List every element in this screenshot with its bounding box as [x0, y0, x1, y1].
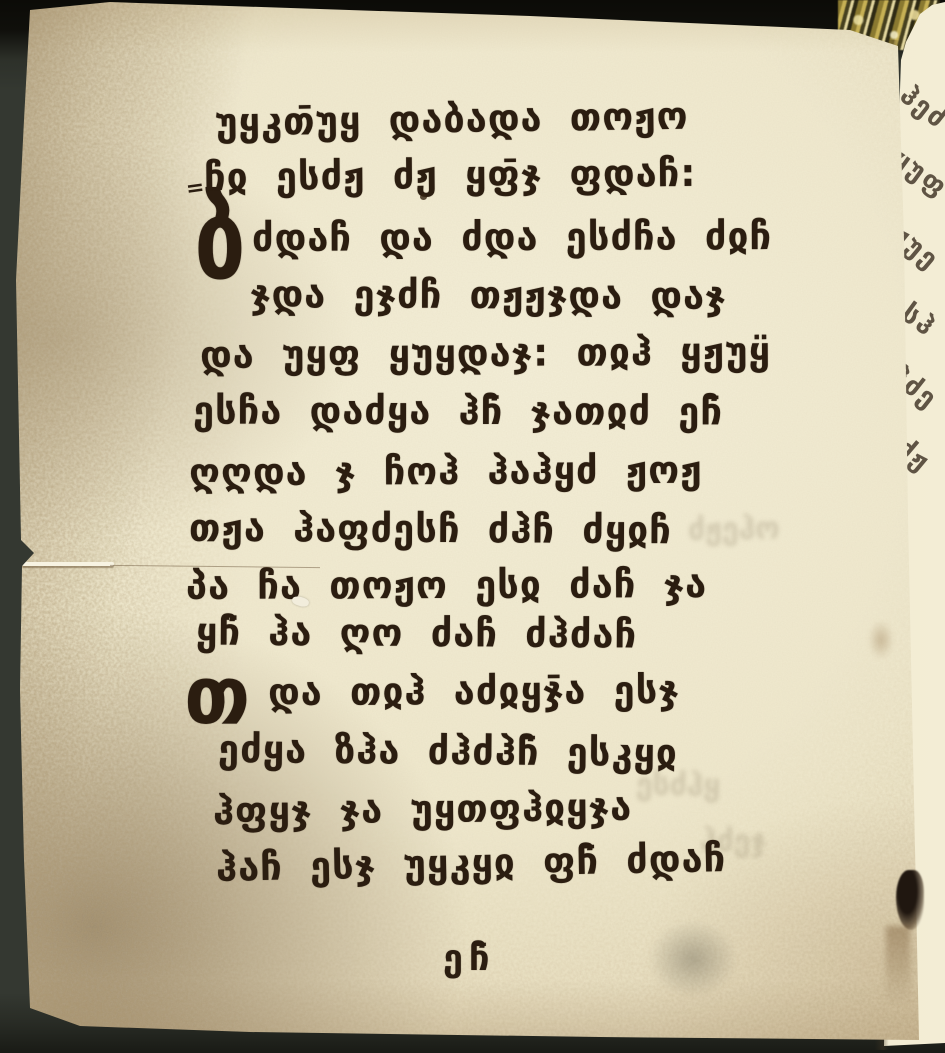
- quire-signature: ეჩ̄: [443, 938, 495, 979]
- manuscript-photo: ჰეძ ყუფ ჟუე ესჰ ჰძე ძჟ: [0, 0, 945, 1053]
- large-initial-letter: ბ: [194, 192, 246, 291]
- smudge-stain: [648, 920, 738, 998]
- text-line: ჩჲ ესძჟ ძჟ ყფ̄ჯ ფდაჩ:: [204, 154, 697, 196]
- text-line: ჯდა ეჯძჩ თჟჟჯდა დაჯ: [250, 275, 727, 315]
- text-line: და უყფ ყუყდაჯ: თჲჰ ყჟუყ̈: [200, 332, 771, 374]
- text-line: ღღდა ჯ ჩოჰ ჰაჰყძ ჟოჟ: [189, 451, 703, 492]
- ink-spot: [420, 194, 427, 200]
- scratch-mark: [22, 562, 114, 566]
- edge-tear: [896, 870, 924, 930]
- tear-stain: [886, 926, 910, 1006]
- text-line: უყკთ̄უყ დაბადა თოჟო: [215, 97, 689, 142]
- text-line: პა ჩა თოჟო ესჲ ძაჩ ჯა: [186, 565, 707, 605]
- margin-stain: [868, 620, 894, 660]
- text-line: ძდაჩ და ძდა ესძჩა ძჲჩ: [252, 217, 772, 257]
- text-line: თჟა ჰაფძესჩ ძჰჩ ძყჲჩ: [189, 509, 672, 550]
- large-initial-letter: თ: [184, 660, 250, 732]
- show-through-text: ძჟეჰო: [688, 511, 780, 548]
- text-line: ყჩ̈ ჰა ღო ძაჩ ძჰძაჩ: [196, 612, 637, 653]
- text-line: ჰფყჯ ჯა უყთფჰჲყჯა: [213, 788, 633, 830]
- next-page-text-fragment: ჰეძ: [894, 79, 945, 135]
- text-line: და თჲჰ აძჲყჯ̄ა ესჯ: [268, 671, 680, 711]
- text-line: ესჩა დაძყა ჰჩ̄ ჯათჲძ ეჩ̄: [193, 392, 723, 431]
- text-line: ჰაჩ ესჯ უყკყჲ ფჩ̄ ძდაჩ: [216, 839, 727, 887]
- text-line: ეძყა ზჰა ძჰძჰჩ̄ ესკყჲ: [218, 730, 678, 772]
- manuscript-page: ძჟეჰო ესძჰყ ჰძეჯ ბ თ = უყკთ̄უყ დაბადა თო…: [0, 0, 945, 1053]
- marginal-mark: =: [184, 175, 206, 202]
